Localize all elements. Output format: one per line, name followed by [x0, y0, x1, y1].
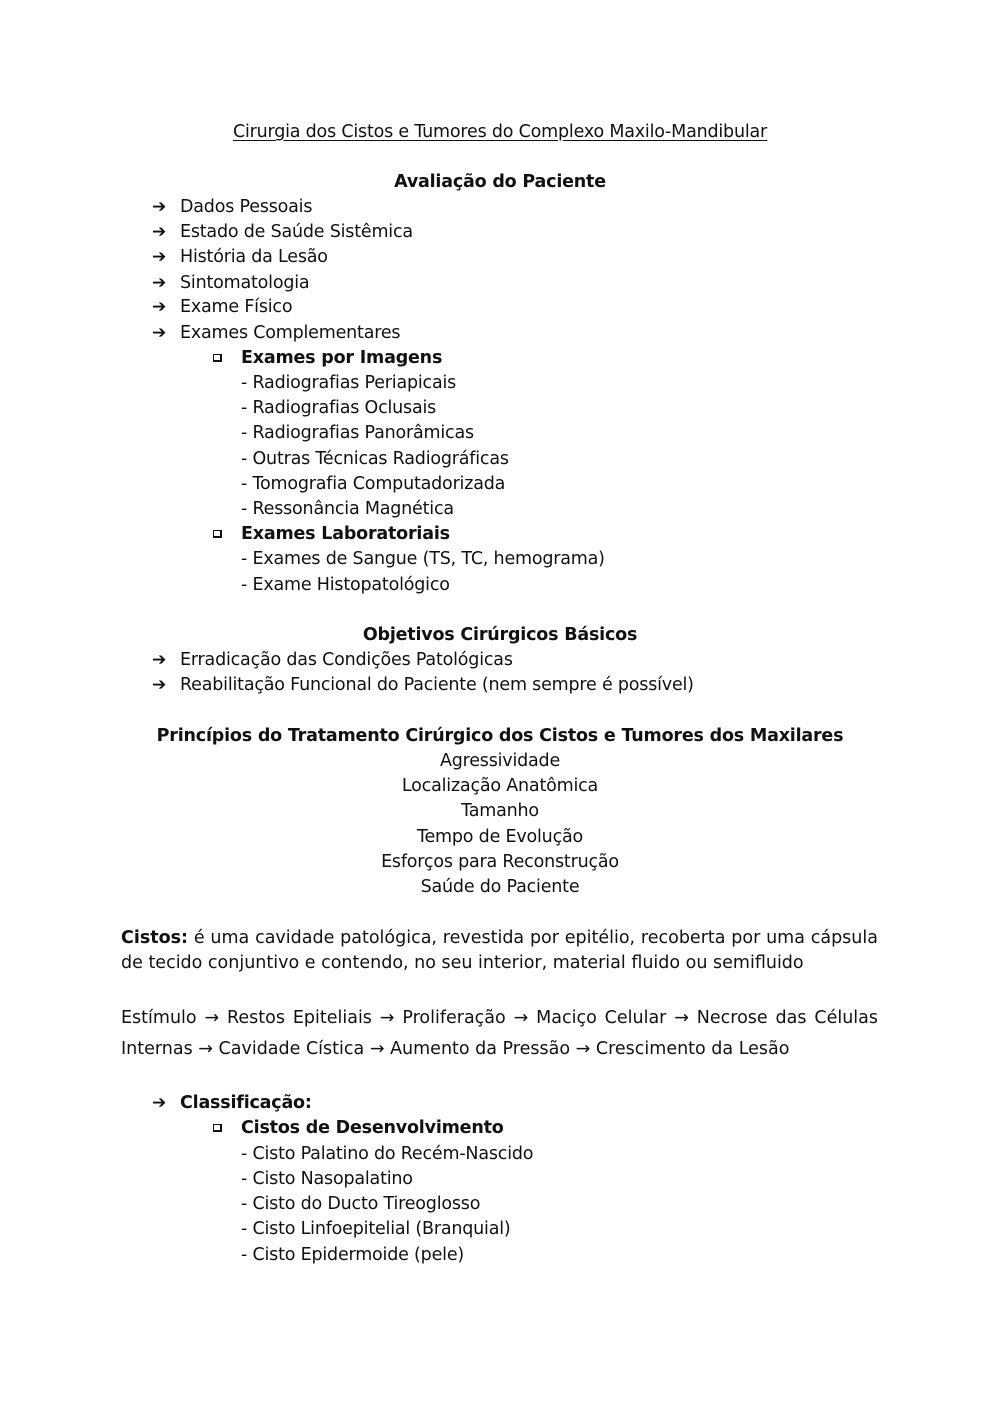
- list-item: ➔Exame Físico: [152, 295, 292, 320]
- arrow-bullet-icon: ➔: [152, 220, 180, 245]
- section-heading-avaliacao: Avaliação do Paciente: [0, 170, 1000, 195]
- checkbox-bullet-icon: [213, 530, 222, 538]
- list-item: - Radiografias Periapicais: [241, 371, 456, 396]
- list-item: - Cisto Epidermoide (pele): [241, 1243, 464, 1268]
- list-item: ➔Estado de Saúde Sistêmica: [152, 220, 413, 245]
- list-item: ➔Exames Complementares: [152, 321, 400, 346]
- arrow-bullet-icon: ➔: [152, 321, 180, 346]
- document-title: Cirurgia dos Cistos e Tumores do Complex…: [0, 120, 1000, 145]
- list-item: ➔Sintomatologia: [152, 271, 309, 296]
- arrow-bullet-icon: ➔: [152, 195, 180, 220]
- principle-item: Esforços para Reconstrução: [0, 850, 1000, 875]
- list-item: - Radiografias Panorâmicas: [241, 421, 474, 446]
- principle-item: Agressividade: [0, 749, 1000, 774]
- flow-arrow-icon: →: [514, 1008, 529, 1028]
- flow-step: Proliferação: [402, 1008, 505, 1028]
- arrow-bullet-icon: ➔: [152, 295, 180, 320]
- flow-arrow-icon: →: [380, 1008, 395, 1028]
- flow-arrow-icon: →: [204, 1008, 219, 1028]
- classification-label: ➔Classificação:: [152, 1091, 312, 1116]
- flow-step: Maciço Celular: [536, 1008, 666, 1028]
- arrow-bullet-icon: ➔: [152, 245, 180, 270]
- subgroup-heading-imagens: Exames por Imagens: [213, 346, 442, 371]
- cistos-pathogenesis-flow: Estímulo → Restos Epiteliais → Prolifera…: [121, 1003, 878, 1065]
- section-heading-principios: Princípios do Tratamento Cirúrgico dos C…: [0, 724, 1000, 749]
- flow-step: Restos Epiteliais: [227, 1008, 372, 1028]
- flow-arrow-icon: →: [576, 1039, 591, 1059]
- arrow-bullet-icon: ➔: [152, 271, 180, 296]
- cistos-definition: Cistos: é uma cavidade patológica, reves…: [121, 926, 878, 976]
- list-item: - Ressonância Magnética: [241, 497, 454, 522]
- list-item: - Cisto Nasopalatino: [241, 1167, 413, 1192]
- list-item: - Radiografias Oclusais: [241, 396, 436, 421]
- list-item: ➔Reabilitação Funcional do Paciente (nem…: [152, 673, 694, 698]
- document-page: Cirurgia dos Cistos e Tumores do Complex…: [0, 0, 1000, 1414]
- flow-arrow-icon: →: [674, 1008, 689, 1028]
- arrow-bullet-icon: ➔: [152, 648, 180, 673]
- list-item: - Cisto do Ducto Tireoglosso: [241, 1192, 480, 1217]
- checkbox-bullet-icon: [213, 354, 222, 362]
- list-item: ➔Dados Pessoais: [152, 195, 312, 220]
- list-item: - Cisto Linfoepitelial (Branquial): [241, 1217, 511, 1242]
- checkbox-bullet-icon: [213, 1124, 222, 1132]
- subgroup-heading-desenvolvimento: Cistos de Desenvolvimento: [213, 1116, 504, 1141]
- flow-step: Estímulo: [121, 1008, 197, 1028]
- principle-item: Tamanho: [0, 799, 1000, 824]
- flow-arrow-icon: →: [370, 1039, 385, 1059]
- principle-item: Localização Anatômica: [0, 774, 1000, 799]
- list-item: ➔História da Lesão: [152, 245, 328, 270]
- principle-item: Saúde do Paciente: [0, 875, 1000, 900]
- flow-arrow-icon: →: [198, 1039, 213, 1059]
- list-item: - Cisto Palatino do Recém-Nascido: [241, 1142, 533, 1167]
- principle-item: Tempo de Evolução: [0, 825, 1000, 850]
- list-item: - Tomografia Computadorizada: [241, 472, 505, 497]
- subgroup-heading-laboratoriais: Exames Laboratoriais: [213, 522, 450, 547]
- list-item: - Exame Histopatológico: [241, 573, 450, 598]
- flow-step: Crescimento da Lesão: [596, 1039, 790, 1059]
- arrow-bullet-icon: ➔: [152, 1091, 180, 1116]
- list-item: - Outras Técnicas Radiográficas: [241, 447, 509, 472]
- list-item: - Exames de Sangue (TS, TC, hemograma): [241, 547, 605, 572]
- list-item: ➔Erradicação das Condições Patológicas: [152, 648, 513, 673]
- arrow-bullet-icon: ➔: [152, 673, 180, 698]
- flow-step: Aumento da Pressão: [390, 1039, 570, 1059]
- flow-step: Cavidade Cística: [219, 1039, 365, 1059]
- section-heading-objetivos: Objetivos Cirúrgicos Básicos: [0, 623, 1000, 648]
- cistos-term: Cistos:: [121, 928, 188, 948]
